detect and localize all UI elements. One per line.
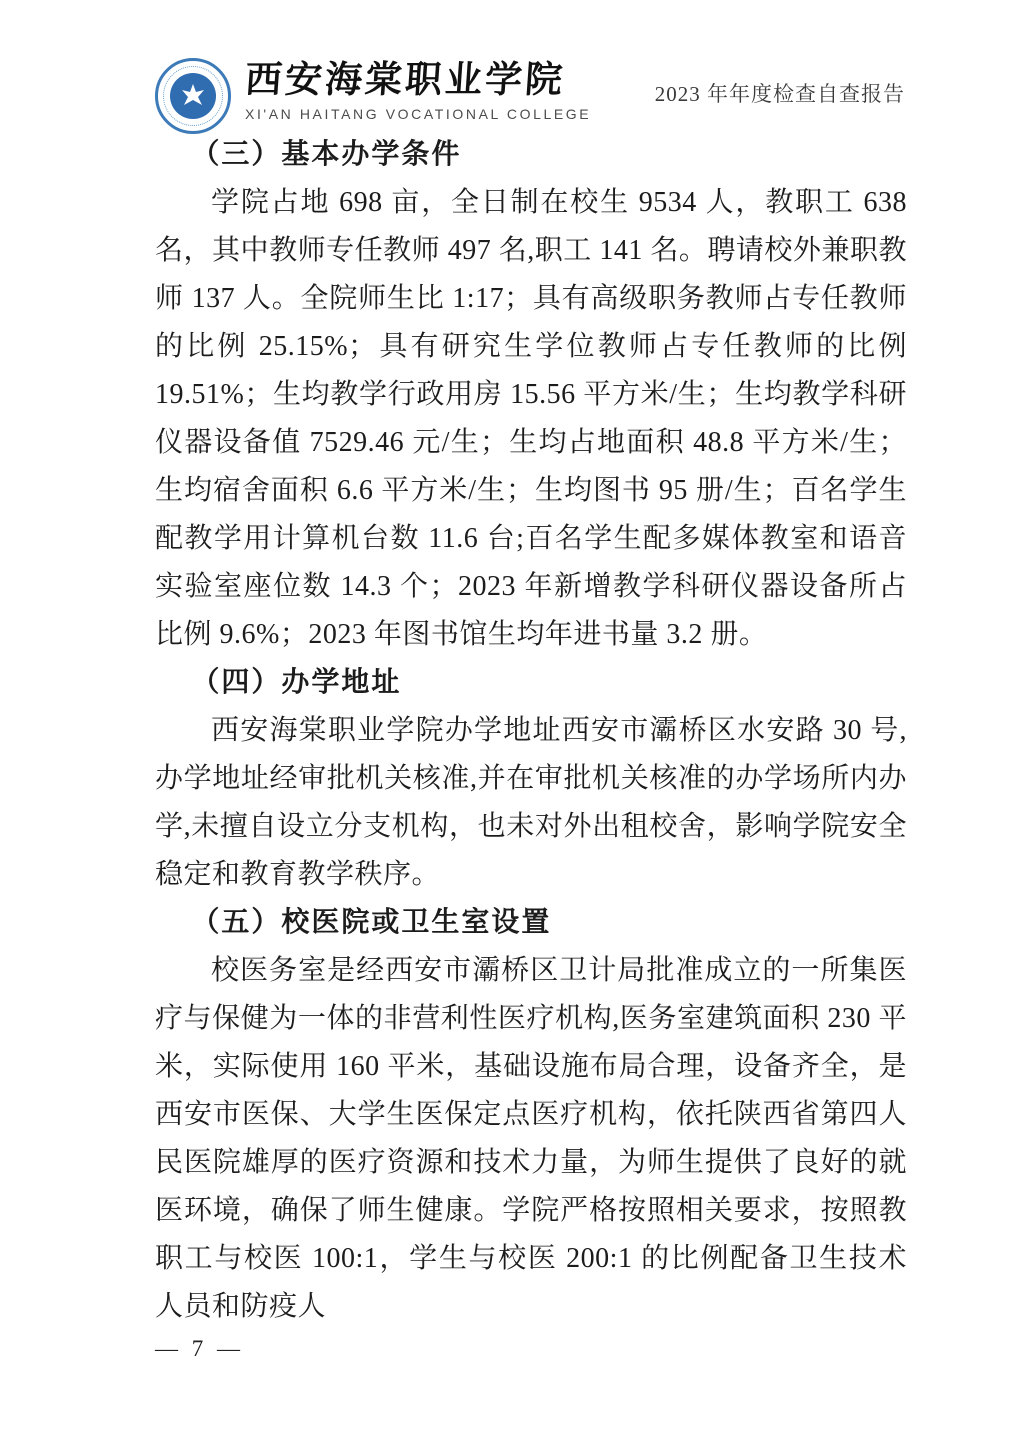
college-name-block: 西安海棠职业学院 XI'AN HAITANG VOCATIONAL COLLEG… bbox=[245, 58, 591, 122]
section-3-paragraph: 学院占地 698 亩，全日制在校生 9534 人，教职工 638 名，其中教师专… bbox=[155, 179, 907, 659]
section-5-paragraph: 校医务室是经西安市灞桥区卫计局批准成立的一所集医疗与保健为一体的非营利性医疗机构… bbox=[155, 947, 907, 1331]
section-heading-5: （五）校医院或卫生室设置 bbox=[155, 899, 907, 947]
college-brand: 西安海棠职业学院 XI'AN HAITANG VOCATIONAL COLLEG… bbox=[155, 58, 591, 134]
section-heading-3: （三）基本办学条件 bbox=[155, 131, 907, 179]
page-number: — 7 — bbox=[155, 1336, 244, 1362]
college-name-english: XI'AN HAITANG VOCATIONAL COLLEGE bbox=[245, 106, 591, 122]
section-heading-4: （四）办学地址 bbox=[155, 659, 907, 707]
college-name-chinese: 西安海棠职业学院 bbox=[244, 60, 593, 102]
section-4-paragraph: 西安海棠职业学院办学地址西安市灞桥区水安路 30 号,办学地址经审批机关核准,并… bbox=[155, 707, 907, 899]
college-seal-icon bbox=[155, 58, 231, 134]
page-header: 西安海棠职业学院 XI'AN HAITANG VOCATIONAL COLLEG… bbox=[155, 58, 905, 134]
document-body: （三）基本办学条件 学院占地 698 亩，全日制在校生 9534 人，教职工 6… bbox=[155, 131, 907, 1331]
report-title: 2023 年年度检查自查报告 bbox=[655, 78, 905, 108]
document-page: 西安海棠职业学院 XI'AN HAITANG VOCATIONAL COLLEG… bbox=[0, 0, 1024, 1447]
seal-ring-decoration bbox=[163, 66, 223, 126]
